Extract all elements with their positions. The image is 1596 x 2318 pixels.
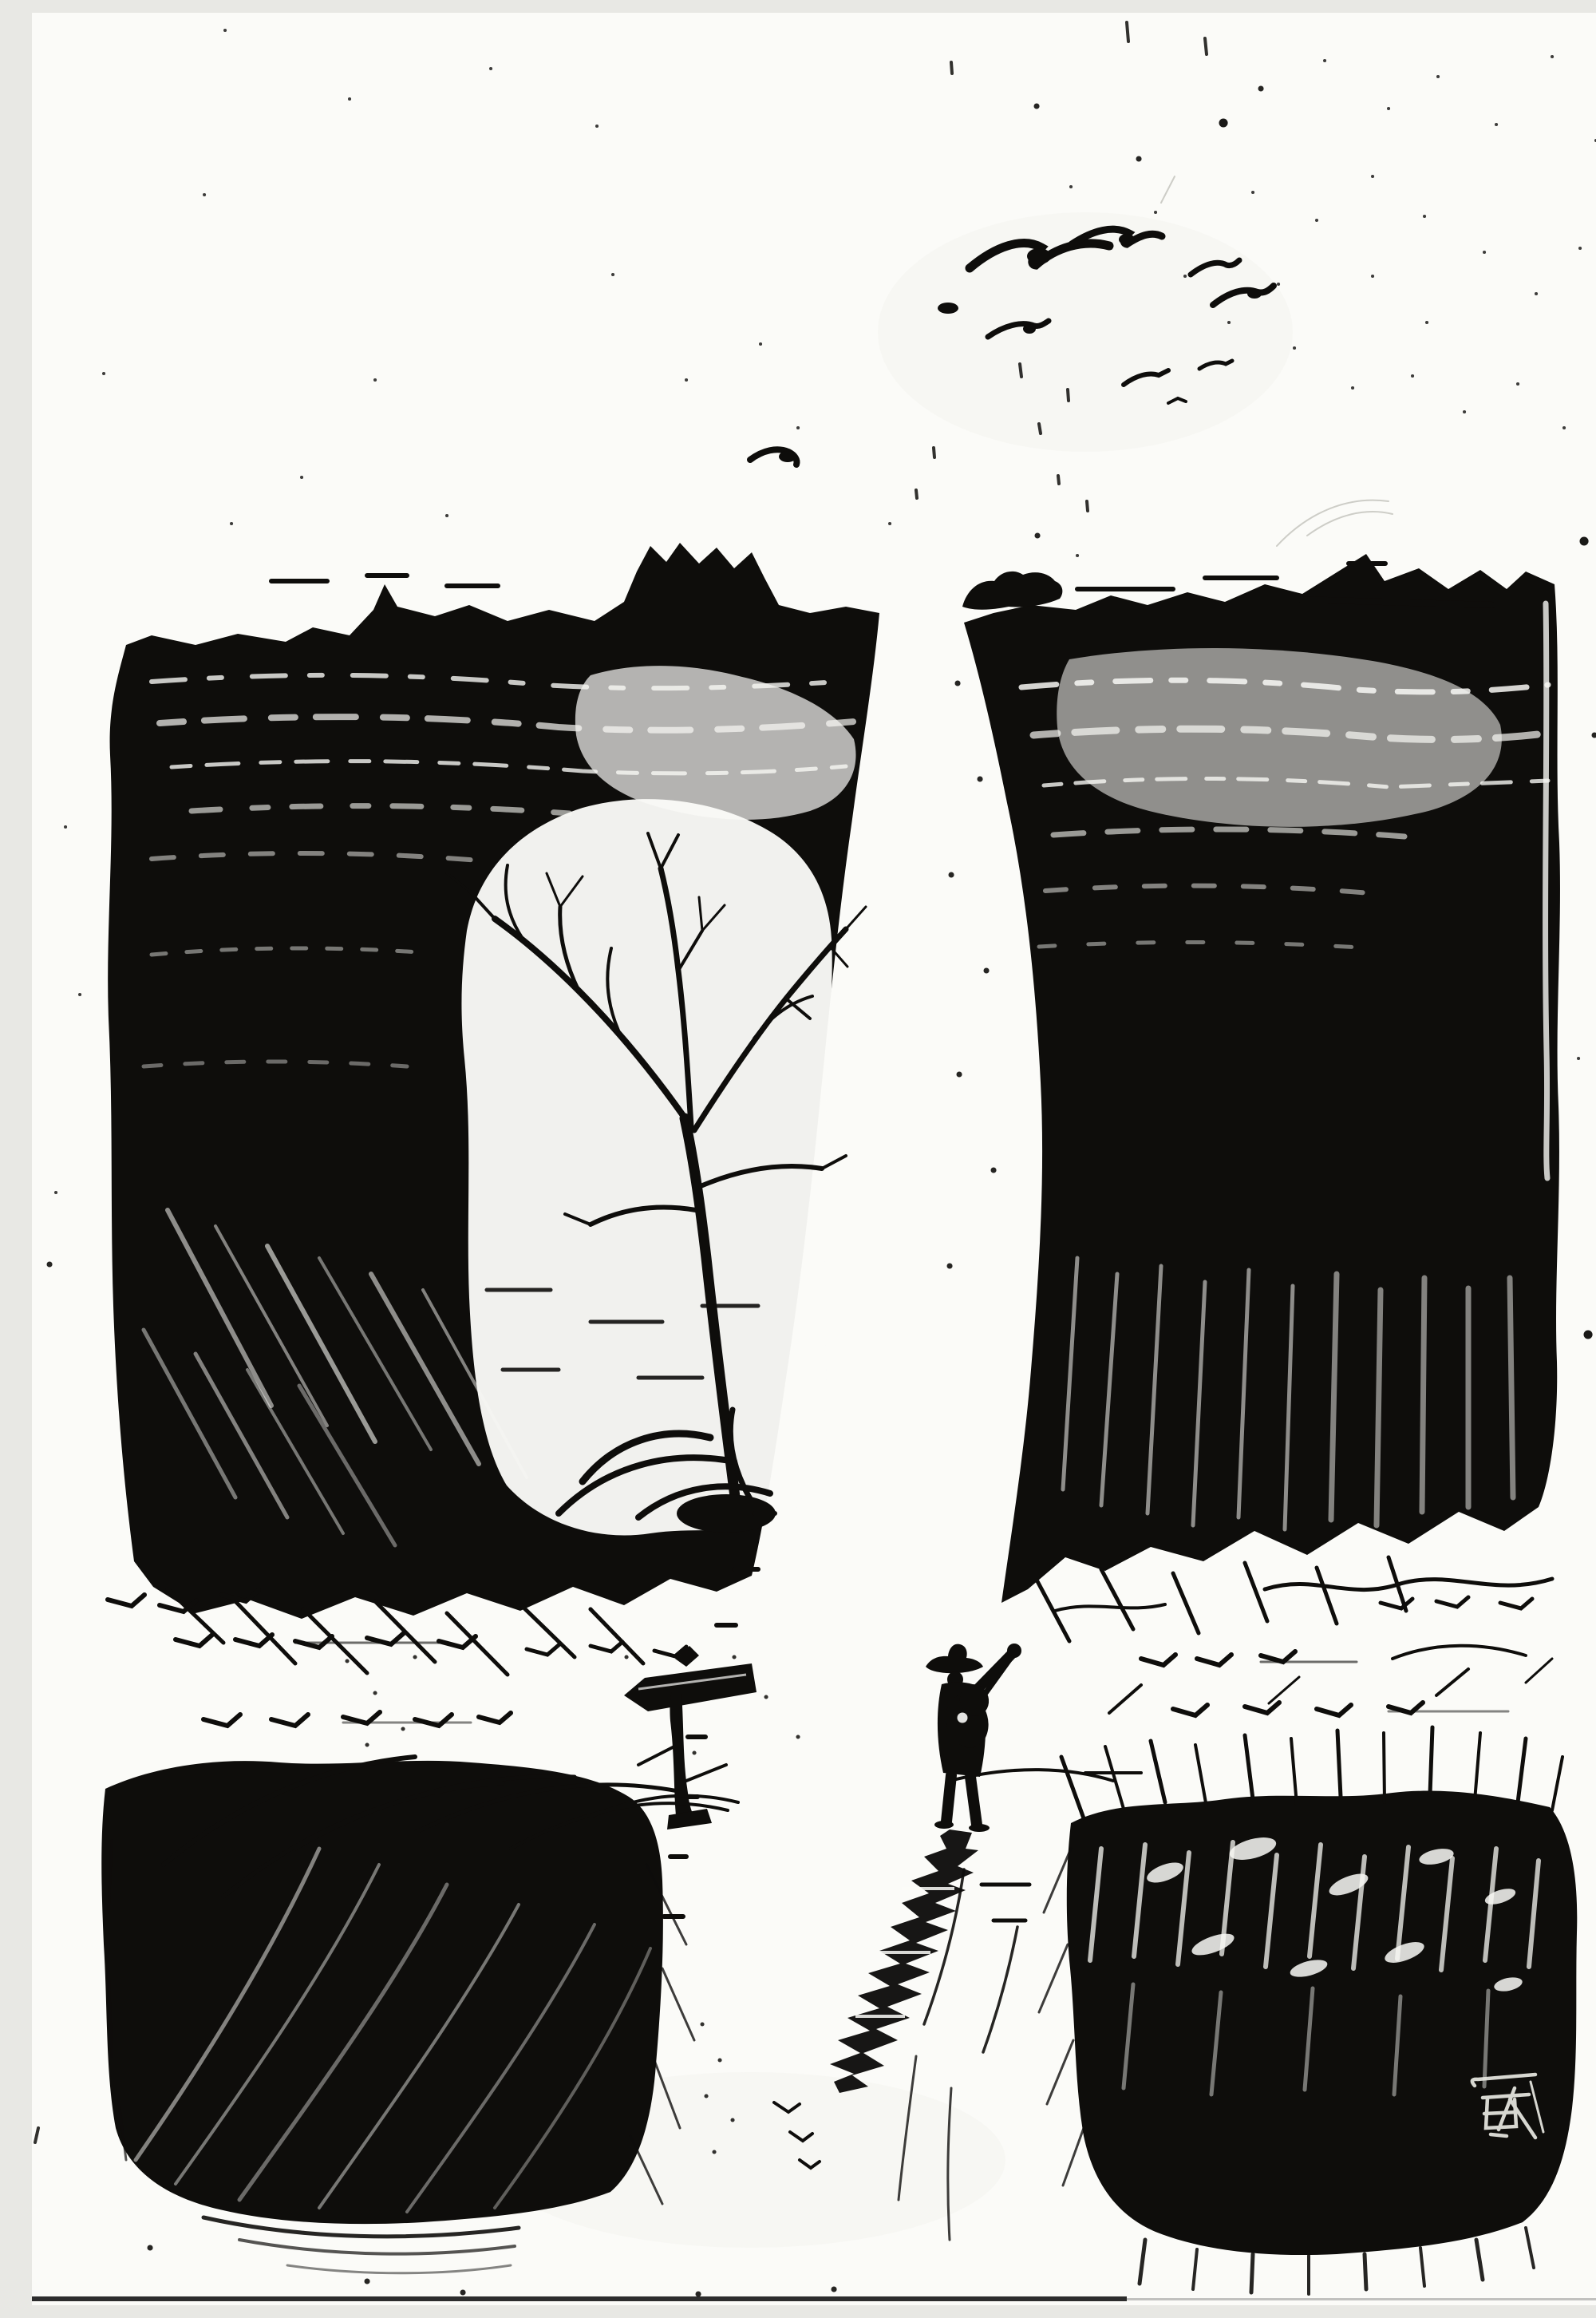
ink-illustration-canvas: Monochrome ink landscape: a lone guitari… — [32, 13, 1596, 2305]
ink-illustration: Monochrome ink landscape: a lone guitari… — [32, 13, 1596, 2305]
paper-tone — [878, 212, 1293, 452]
figure-hand — [1007, 1644, 1021, 1658]
guitar-soundhole — [958, 1713, 968, 1723]
ink-blob — [938, 303, 958, 314]
treeline-right — [962, 554, 1560, 1641]
